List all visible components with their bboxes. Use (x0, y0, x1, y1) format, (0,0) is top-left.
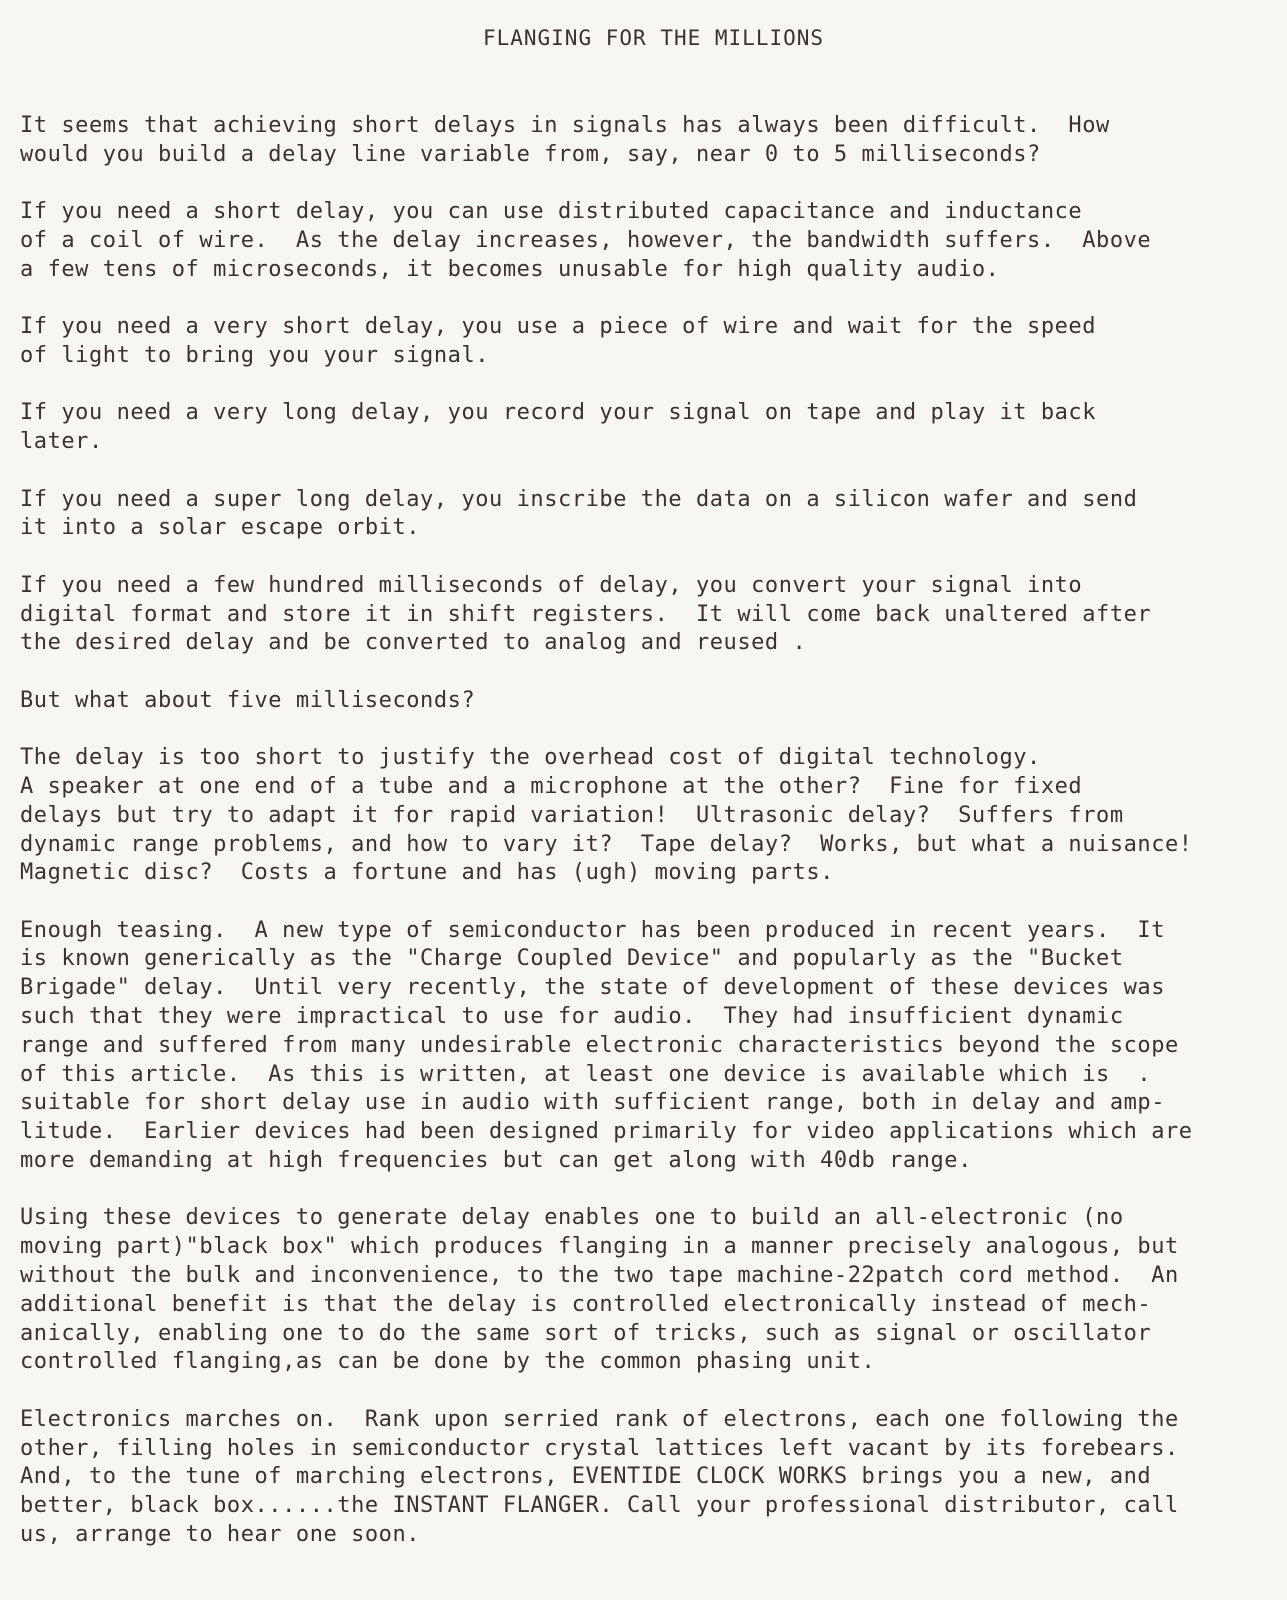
text-line: such that they were impractical to use f… (20, 1003, 1280, 1032)
paragraph: If you need a few hundred milliseconds o… (20, 572, 1280, 658)
text-line: And, to the tune of marching electrons, … (20, 1463, 1280, 1492)
text-line: delays but try to adapt it for rapid var… (20, 802, 1280, 831)
text-line: If you need a very long delay, you recor… (20, 399, 1280, 428)
text-line: other, filling holes in semiconductor cr… (20, 1435, 1280, 1464)
text-line: of a coil of wire. As the delay increase… (20, 227, 1280, 256)
text-line: moving part)"black box" which produces f… (20, 1233, 1280, 1262)
text-line: But what about five milliseconds? (20, 687, 1280, 716)
text-line: the desired delay and be converted to an… (20, 629, 1280, 658)
text-line: Using these devices to generate delay en… (20, 1204, 1280, 1233)
text-line: would you build a delay line variable fr… (20, 141, 1280, 170)
text-line: litude. Earlier devices had been designe… (20, 1118, 1280, 1147)
text-line: of light to bring you your signal. (20, 342, 1280, 371)
paragraph: Enough teasing. A new type of semiconduc… (20, 917, 1280, 1176)
paragraph: It seems that achieving short delays in … (20, 112, 1280, 170)
text-line: additional benefit is that the delay is … (20, 1291, 1280, 1320)
text-line: a few tens of microseconds, it becomes u… (20, 256, 1280, 285)
document-body: It seems that achieving short delays in … (20, 112, 1280, 1578)
paragraph: If you need a short delay, you can use d… (20, 198, 1280, 284)
document-page: FLANGING FOR THE MILLIONS It seems that … (0, 0, 1287, 1600)
text-line: If you need a super long delay, you insc… (20, 486, 1280, 515)
text-line: The delay is too short to justify the ov… (20, 744, 1280, 773)
text-line: controlled flanging,as can be done by th… (20, 1348, 1280, 1377)
paragraph: Electronics marches on. Rank upon serrie… (20, 1406, 1280, 1550)
text-line: without the bulk and inconvenience, to t… (20, 1262, 1280, 1291)
text-line: suitable for short delay use in audio wi… (20, 1089, 1280, 1118)
paragraph: But what about five milliseconds? (20, 687, 1280, 716)
paragraph: If you need a very short delay, you use … (20, 313, 1280, 371)
text-line: Magnetic disc? Costs a fortune and has (… (20, 859, 1280, 888)
text-line: Electronics marches on. Rank upon serrie… (20, 1406, 1280, 1435)
paragraph: If you need a very long delay, you recor… (20, 399, 1280, 457)
text-line: range and suffered from many undesirable… (20, 1032, 1280, 1061)
text-line: later. (20, 428, 1280, 457)
text-line: If you need a very short delay, you use … (20, 313, 1280, 342)
text-line: If you need a short delay, you can use d… (20, 198, 1280, 227)
text-line: anically, enabling one to do the same so… (20, 1320, 1280, 1349)
text-line: If you need a few hundred milliseconds o… (20, 572, 1280, 601)
text-line: more demanding at high frequencies but c… (20, 1147, 1280, 1176)
document-title: FLANGING FOR THE MILLIONS (0, 26, 1287, 50)
text-line: it into a solar escape orbit. (20, 514, 1280, 543)
text-line: A speaker at one end of a tube and a mic… (20, 773, 1280, 802)
text-line: It seems that achieving short delays in … (20, 112, 1280, 141)
text-line: digital format and store it in shift reg… (20, 601, 1280, 630)
paragraph: The delay is too short to justify the ov… (20, 744, 1280, 888)
text-line: us, arrange to hear one soon. (20, 1521, 1280, 1550)
paragraph: If you need a super long delay, you insc… (20, 486, 1280, 544)
text-line: dynamic range problems, and how to vary … (20, 831, 1280, 860)
text-line: of this article. As this is written, at … (20, 1061, 1280, 1090)
text-line: better, black box......the INSTANT FLANG… (20, 1492, 1280, 1521)
text-line: is known generically as the "Charge Coup… (20, 945, 1280, 974)
text-line: Enough teasing. A new type of semiconduc… (20, 917, 1280, 946)
paragraph: Using these devices to generate delay en… (20, 1204, 1280, 1377)
text-line: Brigade" delay. Until very recently, the… (20, 974, 1280, 1003)
